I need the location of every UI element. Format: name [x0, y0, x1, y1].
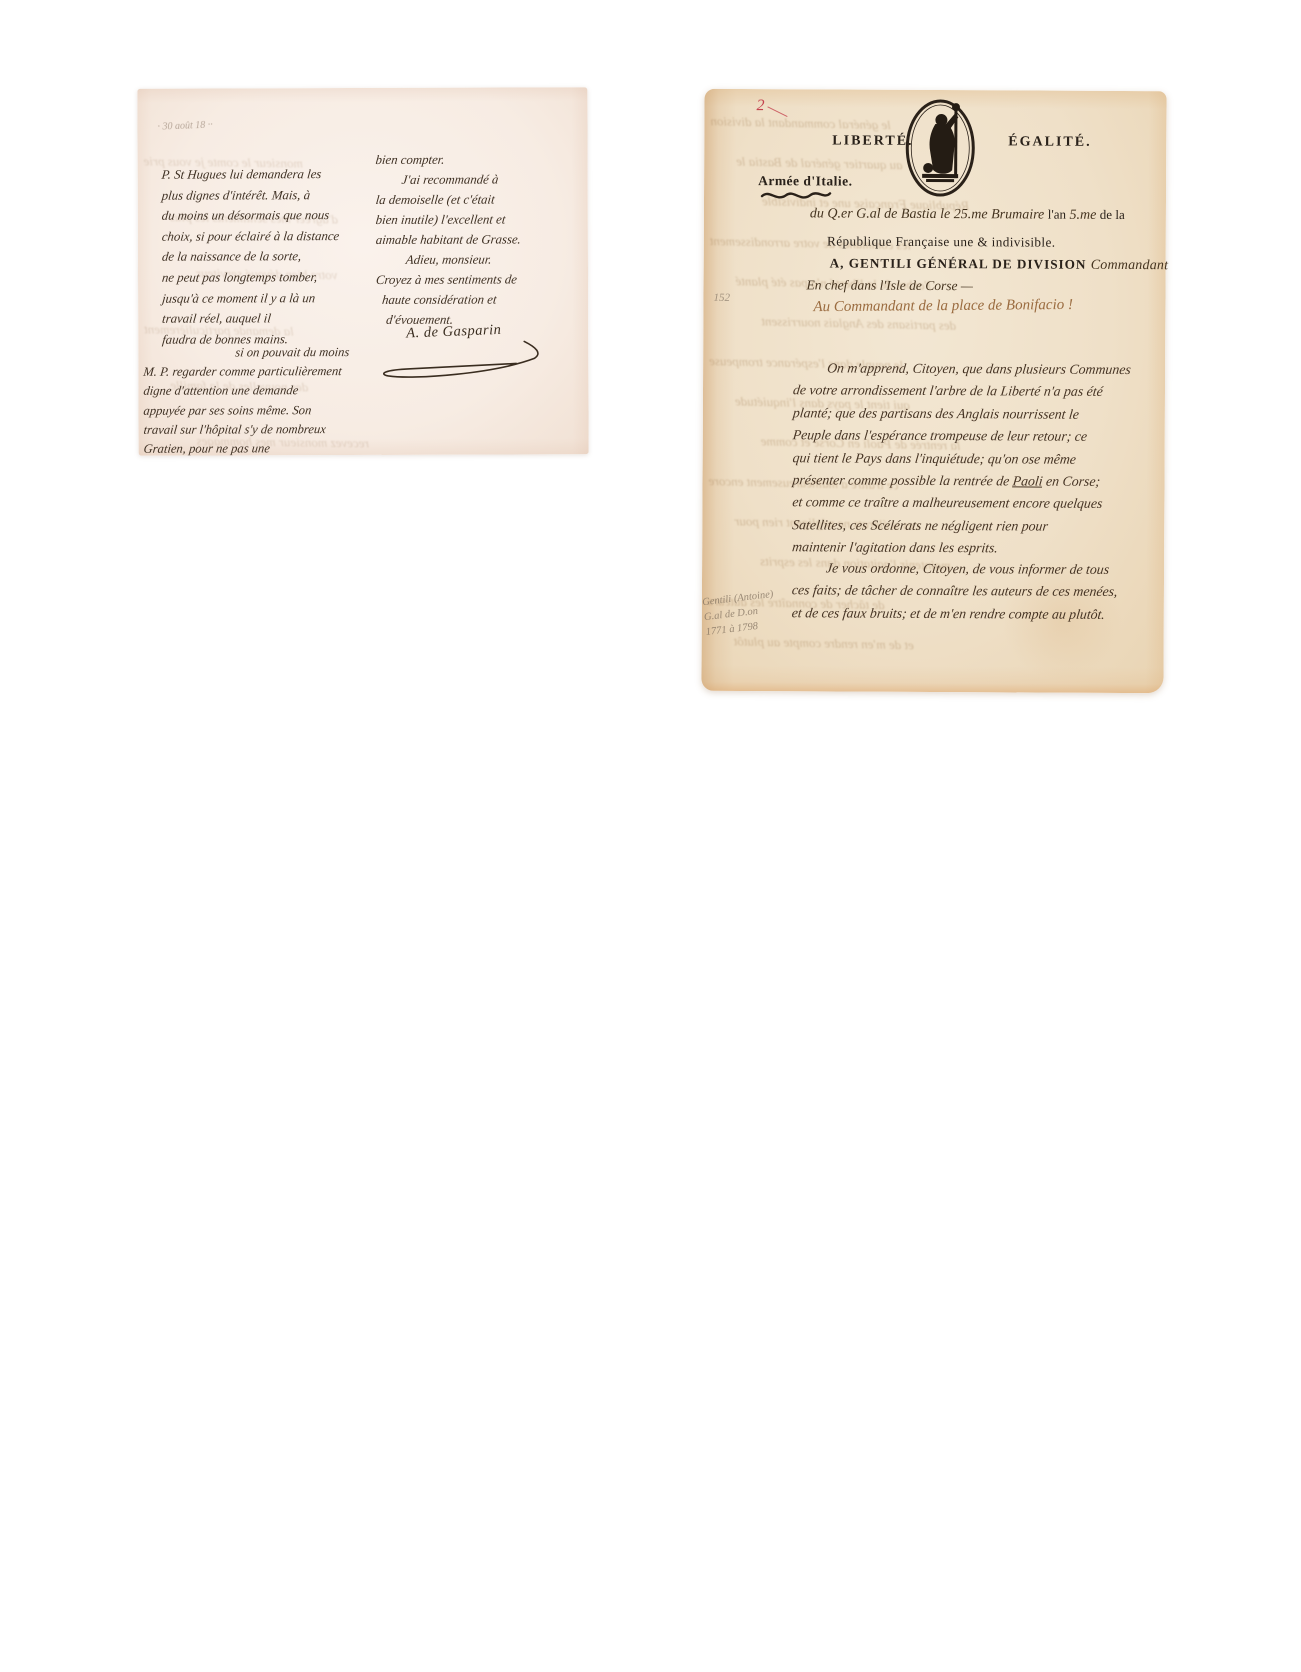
handwritten-line: qui tient le Pays dans l'inquiétude; qu'…: [791, 447, 1131, 471]
handwritten-line: jusqu'à ce moment il y a là un: [161, 288, 340, 309]
handwritten-en-chef-line: En chef dans l'Isle de Corse —: [807, 277, 973, 294]
handwritten-line: présenter comme possible la rentrée de P…: [791, 469, 1131, 493]
handwritten-letter-page: monsieur le comte je vous pried'agréer m…: [137, 87, 588, 456]
handwritten-line: P. St Hugues lui demandera les: [161, 164, 340, 185]
auction-photo-two-documents: monsieur le comte je vous pried'agréer m…: [0, 0, 1301, 1672]
handwritten-line: Peuple dans l'espérance trompeuse de leu…: [792, 424, 1132, 448]
underlined-word: Paoli: [1012, 473, 1044, 488]
showthrough-text: au quartier général de Bastia le: [736, 154, 903, 174]
handwritten-line: M. P. regarder comme particulièrement: [142, 362, 350, 382]
printed-gentili-title: A, GENTILI GÉNÉRAL DE DIVISION Commandan…: [830, 255, 1169, 274]
letter-body-paragraph-1: On m'apprend, Citoyen, que dans plusieur…: [792, 357, 1131, 560]
letter-postscript: si on pouvait du moinsM. P. regarder com…: [143, 343, 349, 459]
gentili-handwritten-part: Commandant: [1091, 258, 1169, 273]
handwritten-line: planté; que des partisans des Anglais no…: [792, 402, 1132, 426]
pencil-date-note: · 30 août 18 ··: [157, 120, 213, 133]
handwritten-line: bien inutile) l'excellent et: [375, 209, 522, 230]
handwritten-address-line: Au Commandant de la place de Bonifacio !: [813, 297, 1073, 316]
gentili-printed-part: A, GENTILI GÉNÉRAL DE DIVISION: [830, 255, 1087, 271]
showthrough-text: des partisans des Anglais nourrissent: [761, 313, 956, 333]
seated-liberty-seal-icon: [902, 96, 979, 200]
dateline-printed-dela: de la: [1100, 207, 1125, 222]
handwritten-line: aimable habitant de Grasse.: [375, 229, 522, 250]
dateline: du Q.er G.al de Bastia le 25.me Brumaire…: [810, 205, 1125, 224]
handwritten-line: choix, si pour éclairé à la distance: [161, 226, 340, 247]
handwritten-line: travail sur l'hôpital s'y de nombreux: [143, 420, 351, 440]
printed-armee-d-italie: Armée d'Italie.: [758, 173, 853, 189]
handwritten-line: appuyée par ses soins même. Son: [143, 401, 351, 421]
pencil-margin-number: 152: [713, 292, 730, 304]
red-folio-number: 2: [756, 97, 764, 115]
handwritten-line: bien compter.: [375, 149, 522, 170]
handwritten-line: haute considération et: [375, 289, 522, 310]
letter-column-left: P. St Hugues lui demandera lesplus digne…: [162, 164, 340, 350]
pencil-collector-annotation: Gentili (Antoine)G.al de D.on1771 à 1798: [701, 587, 777, 640]
showthrough-text: le général commandant la division: [710, 113, 891, 133]
handwritten-line: et de ces faux bruits; et de m'en rendre…: [791, 602, 1119, 626]
handwritten-line: Je vous ordonne, Citoyen, de vous inform…: [791, 557, 1119, 581]
dateline-handwritten-year: 5.me: [1069, 208, 1096, 223]
handwritten-line: si on pouvait du moins: [142, 343, 350, 363]
handwritten-line: ces faits; de tâcher de connaître les au…: [791, 580, 1119, 604]
red-pen-stroke: [767, 106, 787, 117]
handwritten-line: On m'apprend, Citoyen, que dans plusieur…: [792, 357, 1132, 381]
handwritten-line: plus dignes d'intérêt. Mais, à: [161, 185, 340, 206]
handwritten-line: la demoiselle (et c'était: [375, 189, 522, 210]
dateline-printed-lan: l'an: [1048, 207, 1066, 222]
line-segment: en Corse;: [1042, 474, 1101, 489]
handwritten-line: et comme ce traître a malheureusement en…: [791, 492, 1131, 516]
line-segment: présenter comme possible la rentrée de: [792, 472, 1014, 488]
letter-body-paragraph-2: Je vous ordonne, Citoyen, de vous inform…: [792, 557, 1118, 626]
handwritten-line: Croyez à mes sentiments de: [375, 269, 522, 290]
printed-egalite: ÉGALITÉ.: [1008, 134, 1091, 150]
armee-underline-flourish-icon: [760, 189, 832, 203]
handwritten-line: travail réel, auquel il: [161, 308, 340, 329]
handwritten-line: de votre arrondissement l'arbre de la Li…: [792, 380, 1132, 404]
handwritten-line: Adieu, monsieur.: [375, 249, 522, 270]
handwritten-line: Gratien, pour ne pas une: [143, 439, 351, 459]
handwritten-line: de la naissance de la sorte,: [161, 246, 340, 267]
printed-republique: République Française une & indivisible.: [799, 233, 1084, 250]
handwritten-line: du moins un désormais que nous: [161, 205, 340, 226]
handwritten-line: J'ai recommandé à: [375, 169, 522, 190]
showthrough-text: et de m'en rendre compte au plutôt: [734, 633, 914, 653]
letter-column-right: bien compter.J'ai recommandé àla demoise…: [376, 149, 522, 330]
handwritten-line: digne d'attention une demande: [142, 381, 350, 401]
handwritten-line: Satellites, ces Scélérats ne négligent r…: [791, 514, 1131, 538]
dateline-handwritten-place: du Q.er G.al de Bastia le 25.me Brumaire: [810, 206, 1044, 222]
military-order-page: le général commandant la divisionau quar…: [701, 89, 1166, 693]
handwritten-line: ne peut pas longtemps tomber,: [161, 267, 340, 288]
signature-flourish-icon: [374, 339, 554, 384]
